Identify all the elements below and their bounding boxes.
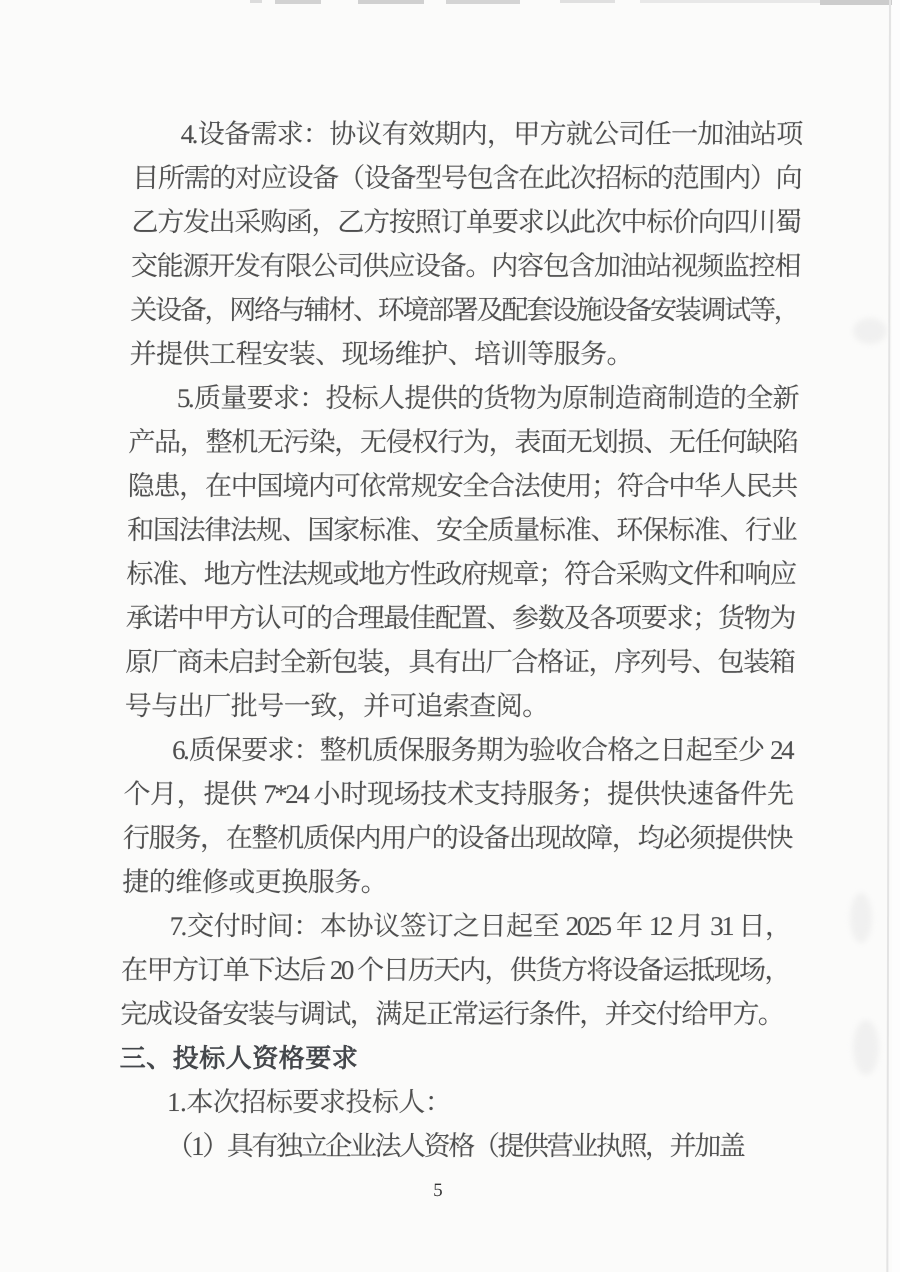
- text-line: 捷的维修或更换服务。: [122, 860, 791, 904]
- scan-edge-line: [886, 0, 891, 1272]
- text-line: 并提供工程安装、现场维护、培训等服务。: [129, 332, 798, 376]
- text-line: 标准、地方性法规或地方性政府规章；符合采购文件和响应: [126, 552, 795, 596]
- text-line: 隐患，在中国境内可依常规安全合法使用；符合中华人民共: [127, 464, 796, 508]
- section-heading: 三、投标人资格要求: [119, 1036, 788, 1080]
- scan-smudge: [853, 318, 887, 344]
- text-line: 交能源开发有限公司供应设备。内容包含加油站视频监控相: [131, 244, 800, 288]
- text-line: 和国法律法规、国家标准、安全质量标准、环保标准、行业: [127, 508, 796, 552]
- scan-smudge: [850, 893, 872, 943]
- text-line: 6.质保要求：整机质保服务期为验收合格之日起至少 24: [124, 728, 793, 772]
- text-line: 关设备，网络与辅材、环境部署及配套设施设备安装调试等，: [130, 288, 799, 332]
- text-line: 目所需的对应设备（设备型号包含在此次招标的范围内）向: [132, 156, 801, 200]
- scan-artifact-dash: [446, 0, 520, 4]
- text-line: 承诺中甲方认可的合理最佳配置、参数及各项要求；货物为: [126, 596, 795, 640]
- document-text-block: 4.设备需求：协议有效期内，甲方就公司任一加油站项目所需的对应设备（设备型号包含…: [118, 112, 801, 1204]
- text-line: （1）具有独立企业法人资格（提供营业执照，并加盖: [118, 1124, 787, 1168]
- text-line: 5.质量要求：投标人提供的货物为原制造商制造的全新: [129, 376, 798, 420]
- text-line: 7.交付时间：本协议签订之日起至 2025 年 12 月 31 日，: [121, 904, 790, 948]
- text-line: 4.设备需求：协议有效期内，甲方就公司任一加油站项: [132, 112, 801, 156]
- page-number: 5: [104, 1178, 772, 1204]
- text-line: 个月，提供 7*24 小时现场技术支持服务；提供快速备件先: [123, 772, 792, 816]
- text-line: 在甲方订单下达后 20 个日历天内，供货方将设备运抵现场，: [121, 948, 790, 992]
- text-line: 完成设备安装与调试，满足正常运行条件，并交付给甲方。: [120, 992, 789, 1036]
- text-line: 行服务，在整机质保内用户的设备出现故障，均必须提供快: [123, 816, 792, 860]
- document-page: 4.设备需求：协议有效期内，甲方就公司任一加油站项目所需的对应设备（设备型号包含…: [0, 0, 900, 1272]
- text-line: 原厂商未启封全新包装，具有出厂合格证，序列号、包装箱: [125, 640, 794, 684]
- scan-artifact-dash: [560, 0, 615, 3]
- text-line: 号与出厂批号一致，并可追索查阅。: [124, 684, 793, 728]
- scan-edge-band: [892, 0, 900, 1272]
- scan-smudge: [853, 1020, 879, 1075]
- text-line: 产品，整机无污染，无侵权行为，表面无划损、无任何缺陷: [128, 420, 797, 464]
- text-line: 乙方发出采购函，乙方按照订单要求以此次中标价向四川蜀: [131, 200, 800, 244]
- scan-artifact-dash: [250, 0, 262, 3]
- scan-artifact-dash: [275, 0, 321, 4]
- scan-artifact-dash: [358, 0, 424, 4]
- text-line: 1.本次招标要求投标人：: [119, 1080, 788, 1124]
